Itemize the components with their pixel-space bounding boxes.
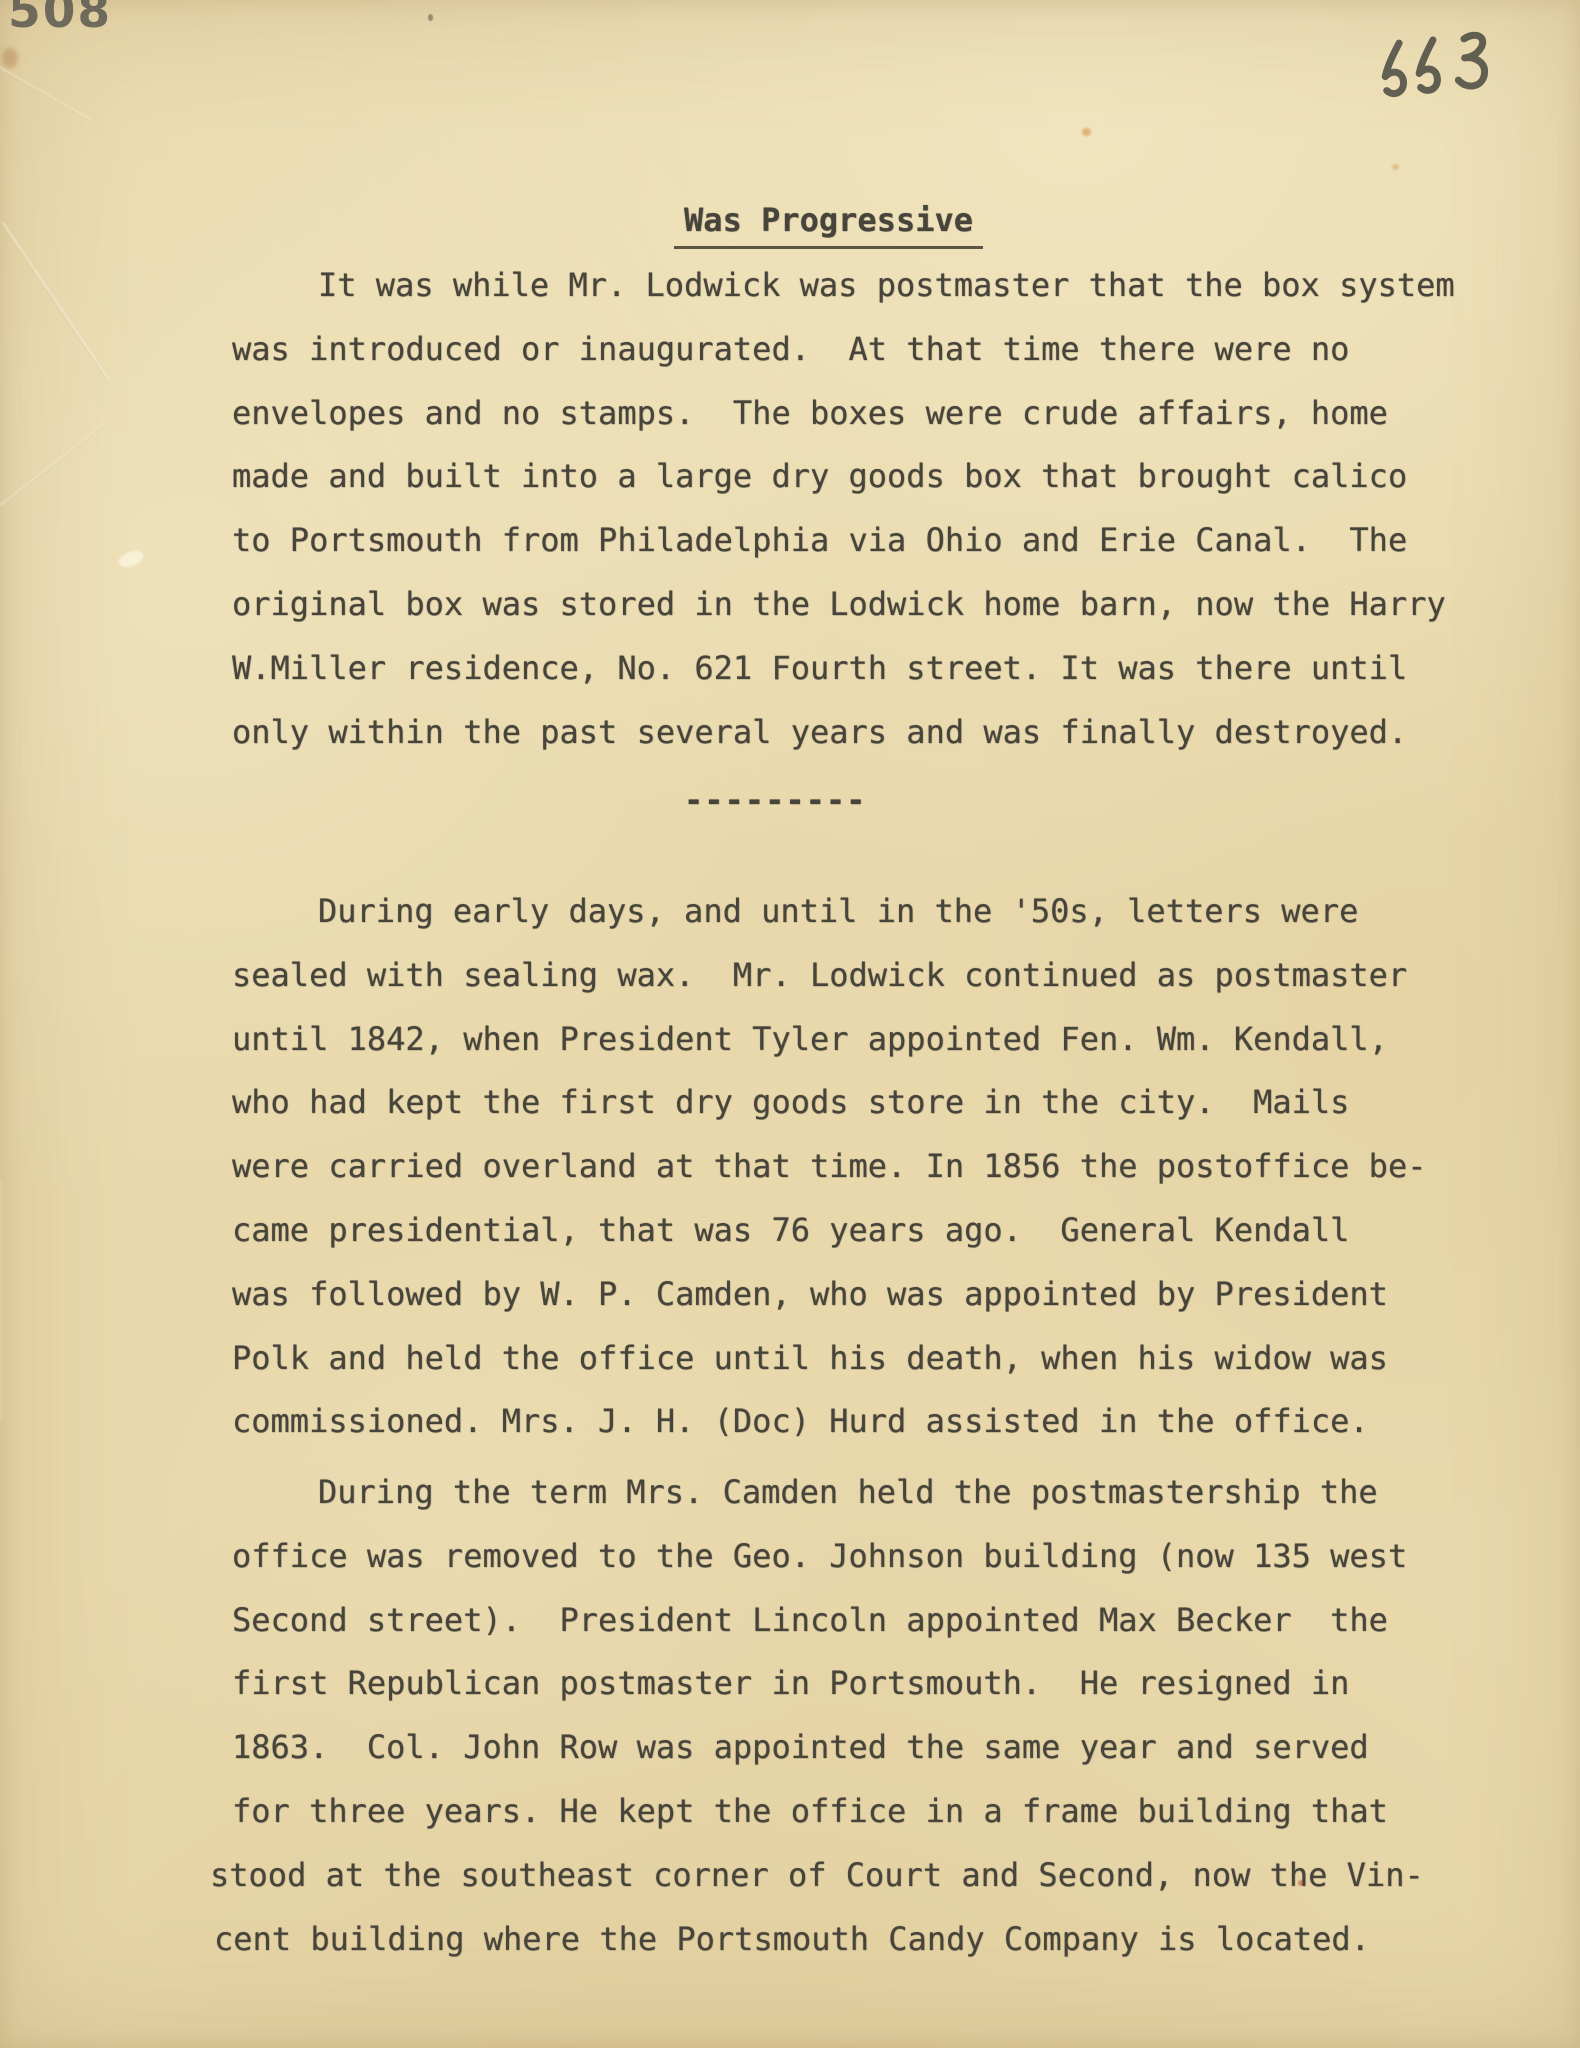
paragraph-3: During the term Mrs. Camden held the pos…: [232, 1461, 1492, 1971]
paragraph-2: During early days, and until in the '50s…: [232, 880, 1492, 1454]
text-line: 1863. Col. John Row was appointed the sa…: [232, 1716, 1492, 1780]
text-line: office was removed to the Geo. Johnson b…: [232, 1525, 1492, 1589]
text-line: first Republican postmaster in Portsmout…: [232, 1652, 1492, 1716]
document-title-text: Was Progressive: [674, 201, 983, 249]
text-line: was followed by W. P. Camden, who was ap…: [232, 1263, 1492, 1327]
text-line: for three years. He kept the office in a…: [232, 1780, 1492, 1844]
paper-stain: [1082, 128, 1091, 136]
text-line: original box was stored in the Lodwick h…: [232, 573, 1492, 637]
paper-crease: [0, 60, 92, 122]
text-line: came presidential, that was 76 years ago…: [232, 1199, 1492, 1263]
text-line: only within the past several years and w…: [232, 701, 1492, 765]
ink-speck: [428, 14, 433, 21]
paper-crease: [0, 424, 105, 518]
paper-stain: [2, 48, 18, 68]
text-line: to Portsmouth from Philadelphia via Ohio…: [232, 509, 1492, 573]
text-line: was introduced or inaugurated. At that t…: [232, 318, 1492, 382]
text-line: were carried overland at that time. In 1…: [232, 1135, 1492, 1199]
scanned-document-page: 508 553 Was Progressive It was while Mr.…: [0, 0, 1580, 2048]
text-line: It was while Mr. Lodwick was postmaster …: [232, 254, 1492, 318]
paper-crease: [116, 548, 145, 570]
text-line: cent building where the Portsmouth Candy…: [214, 1908, 1492, 1972]
page-number-stamp: 508: [8, 0, 112, 39]
text-line: commissioned. Mrs. J. H. (Doc) Hurd assi…: [232, 1390, 1492, 1454]
text-line: sealed with sealing wax. Mr. Lodwick con…: [232, 944, 1492, 1008]
text-line: made and built into a large dry goods bo…: [232, 445, 1492, 509]
paragraph-1: It was while Mr. Lodwick was postmaster …: [232, 254, 1492, 764]
section-separator: ---------: [684, 768, 866, 832]
text-line: During early days, and until in the '50s…: [232, 880, 1492, 944]
text-line: who had kept the first dry goods store i…: [232, 1071, 1492, 1135]
text-line: W.Miller residence, No. 621 Fourth stree…: [232, 637, 1492, 701]
paper-crease: [0, 1180, 4, 1420]
handwritten-page-number: 553: [1361, 24, 1504, 115]
text-line: stood at the southeast corner of Court a…: [210, 1844, 1492, 1908]
text-line: Second street). President Lincoln appoin…: [232, 1589, 1492, 1653]
handwriting-553-strokes: [1361, 24, 1504, 115]
text-line: Polk and held the office until his death…: [232, 1327, 1492, 1391]
text-line: During the term Mrs. Camden held the pos…: [232, 1461, 1492, 1525]
text-line: until 1842, when President Tyler appoint…: [232, 1008, 1492, 1072]
text-line: envelopes and no stamps. The boxes were …: [232, 382, 1492, 446]
